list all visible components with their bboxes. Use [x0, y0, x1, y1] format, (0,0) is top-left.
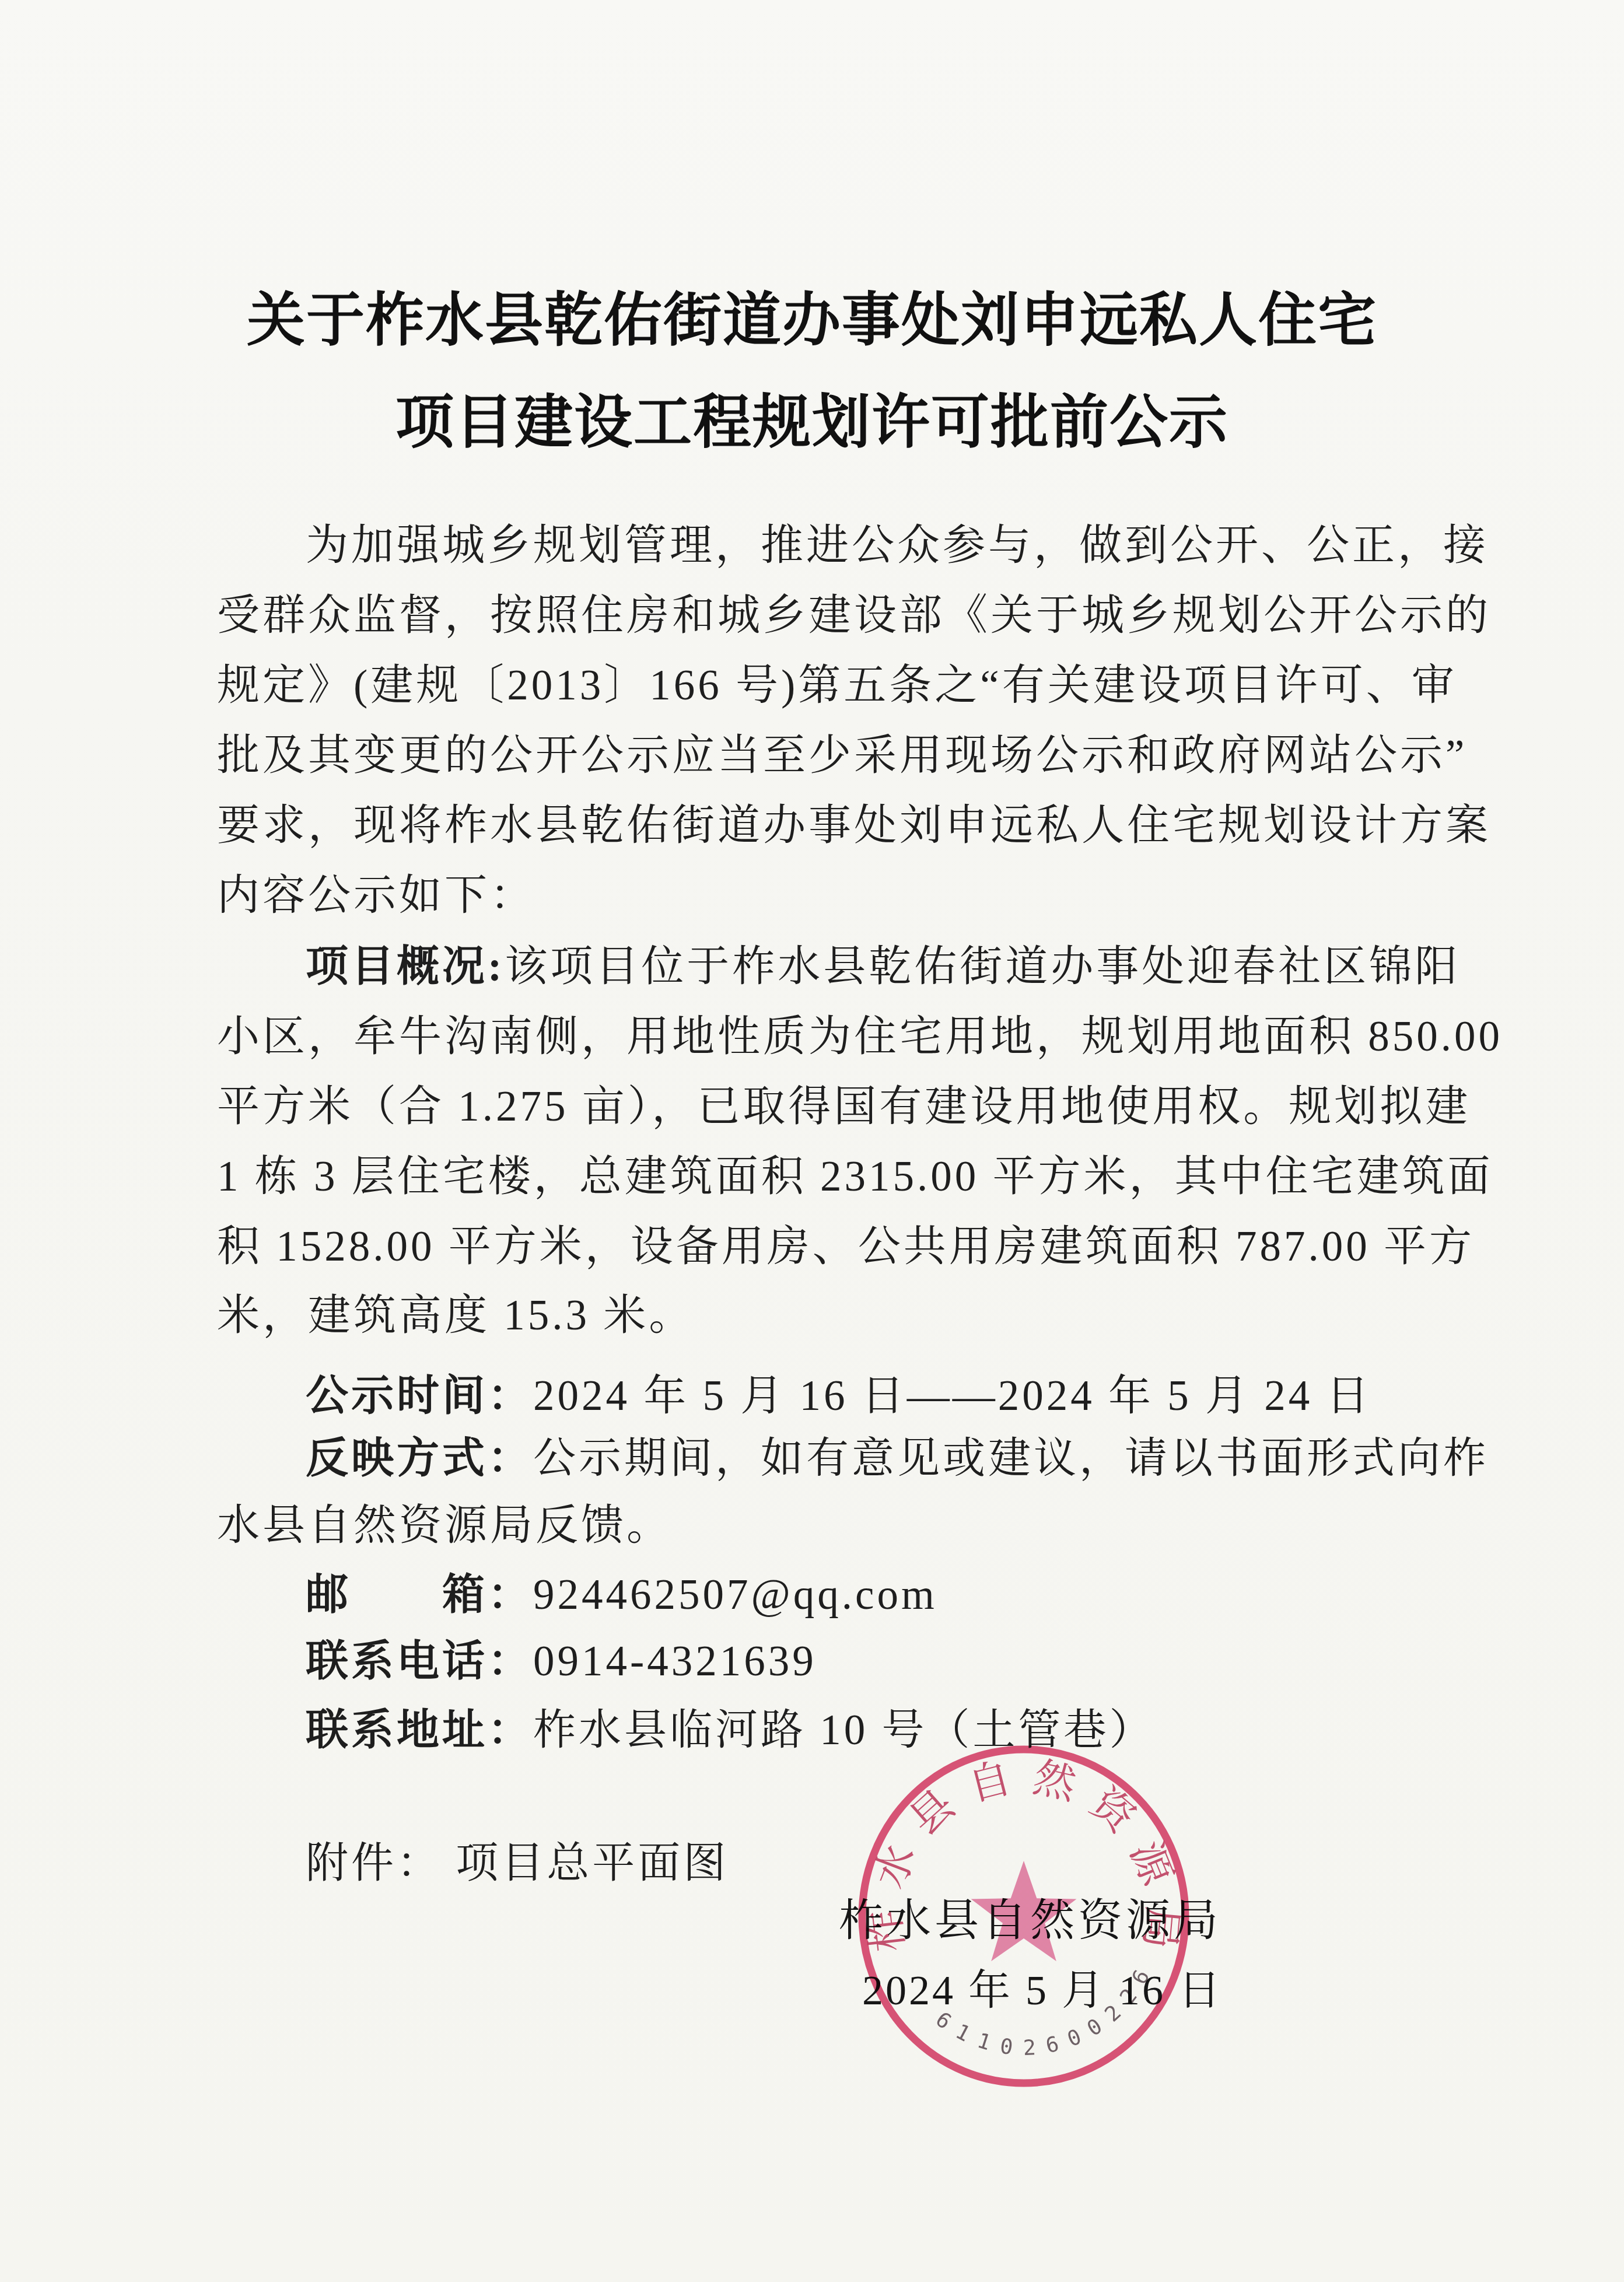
body-text: 小区，牟牛沟南侧，用地性质为住宅用地，规划用地面积 850.00: [217, 1013, 1503, 1060]
field-label-project-overview: 项目概况:: [306, 943, 505, 990]
notice-period-value: 2024 年 5 月 16 日——2024 年 5 月 24 日: [533, 1372, 1372, 1419]
email-value: 924462507@qq.com: [533, 1571, 937, 1618]
official-seal: 柞水县自然资源局 6110260022639: [849, 1735, 1199, 2097]
notice-page: 关于柞水县乾佑街道办事处刘申远私人住宅 项目建设工程规划许可批前公示 为加强城乡…: [0, 0, 1624, 2282]
body-line: 内容公示如下：: [217, 860, 1477, 930]
body-line: 批及其变更的公开公示应当至少采用现场公示和政府网站公示”: [217, 720, 1477, 790]
body-line-feedback-method: 反映方式：公示期间，如有意见或建议，请以书面形式向柞: [217, 1423, 1566, 1493]
official-seal-graphic: 柞水县自然资源局 6110260022639: [849, 1735, 1199, 2097]
body-text: 该项目位于柞水县乾佑街道办事处迎春社区锦阳: [505, 943, 1460, 990]
body-text: 内容公示如下：: [217, 871, 535, 919]
body-line: 平方米（合 1.275 亩），已取得国有建设用地使用权。规划拟建: [217, 1072, 1477, 1142]
body-line-email: 邮 箱：924462507@qq.com: [217, 1560, 1566, 1630]
body-line: 为加强城乡规划管理，推进公众参与，做到公开、公正，接: [217, 510, 1566, 580]
page-title-line2: 项目建设工程规划许可批前公示: [0, 382, 1624, 464]
star-icon: [971, 1861, 1077, 1961]
field-label-notice-period: 公示时间：: [306, 1372, 533, 1419]
body-text: 平方米（合 1.275 亩），已取得国有建设用地使用权。规划拟建: [217, 1083, 1471, 1130]
body-text: 1 栋 3 层住宅楼，总建筑面积 2315.00 平方米，其中住宅建筑面: [217, 1153, 1493, 1200]
body-text: 公示期间，如有意见或建议，请以书面形式向柞: [533, 1434, 1489, 1482]
field-label-phone: 联系电话：: [306, 1637, 533, 1685]
phone-value: 0914-4321639: [533, 1637, 817, 1685]
body-line-phone: 联系电话：0914-4321639: [217, 1626, 1566, 1696]
attachment-value: 附件： 项目总平面图: [306, 1839, 729, 1887]
field-label-address: 联系地址：: [306, 1706, 533, 1753]
body-text: 积 1528.00 平方米，设备用房、公共用房建筑面积 787.00 平方: [217, 1223, 1475, 1270]
body-text: 米，建筑高度 15.3 米。: [217, 1291, 694, 1339]
body-text: 批及其变更的公开公示应当至少采用现场公示和政府网站公示”: [217, 731, 1467, 779]
body-line: 米，建筑高度 15.3 米。: [217, 1280, 1477, 1350]
field-label-email: 邮 箱：: [306, 1571, 533, 1618]
body-line: 1 栋 3 层住宅楼，总建筑面积 2315.00 平方米，其中住宅建筑面: [217, 1142, 1477, 1212]
body-text: 规定》(建规〔2013〕166 号)第五条之“有关建设项目许可、审: [217, 661, 1457, 709]
body-text: 受群众监督，按照住房和城乡建设部《关于城乡规划公开公示的: [217, 591, 1491, 639]
body-text: 为加强城乡规划管理，推进公众参与，做到公开、公正，接: [306, 521, 1489, 569]
field-label-feedback-method: 反映方式：: [306, 1434, 533, 1482]
body-text: 要求，现将柞水县乾佑街道办事处刘申远私人住宅规划设计方案: [217, 801, 1491, 849]
page-title-line1: 关于柞水县乾佑街道办事处刘申远私人住宅: [0, 280, 1624, 362]
body-line: 水县自然资源局反馈。: [217, 1490, 1477, 1560]
body-line-project-overview: 项目概况:该项目位于柞水县乾佑街道办事处迎春社区锦阳: [217, 932, 1566, 1002]
body-text: 水县自然资源局反馈。: [217, 1501, 672, 1549]
body-line: 积 1528.00 平方米，设备用房、公共用房建筑面积 787.00 平方: [217, 1212, 1477, 1282]
body-line: 受群众监督，按照住房和城乡建设部《关于城乡规划公开公示的: [217, 580, 1477, 650]
body-line: 要求，现将柞水县乾佑街道办事处刘申远私人住宅规划设计方案: [217, 790, 1477, 860]
body-line: 小区，牟牛沟南侧，用地性质为住宅用地，规划用地面积 850.00: [217, 1002, 1477, 1072]
body-line: 规定》(建规〔2013〕166 号)第五条之“有关建设项目许可、审: [217, 650, 1477, 720]
body-line-notice-period: 公示时间：2024 年 5 月 16 日——2024 年 5 月 24 日: [217, 1361, 1566, 1431]
